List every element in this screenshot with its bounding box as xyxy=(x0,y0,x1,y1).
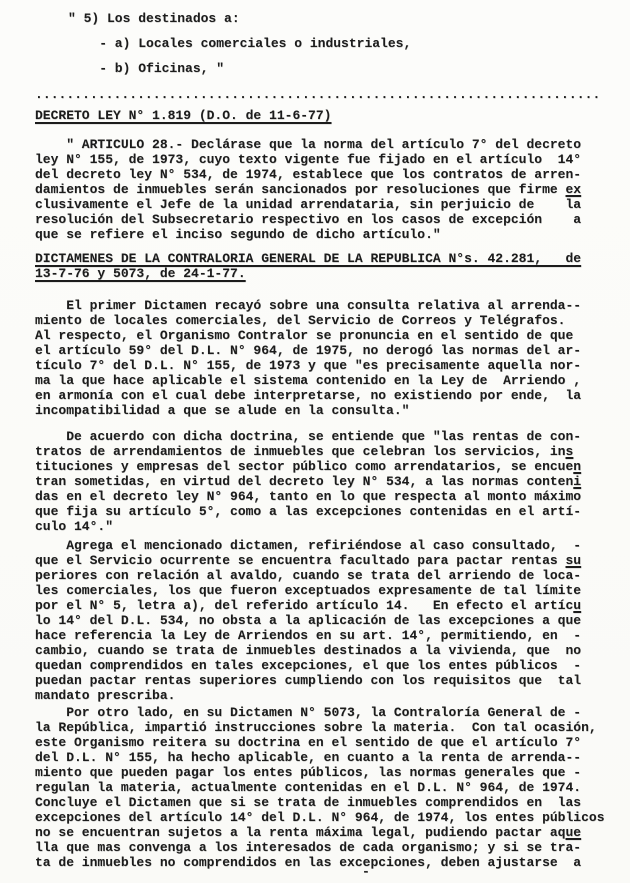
paragraph-agrega-dictamen-line: periores con relación al avaldo, cuando … xyxy=(35,568,612,583)
underlined-word-break: i xyxy=(573,474,581,489)
underlined-word-break: su xyxy=(566,553,582,568)
paragraph-articulo-28-line: del decreto ley N° 534, de 1974, estable… xyxy=(35,167,612,182)
paragraph-articulo-28-line: que se refiere el inciso segundo de dich… xyxy=(35,227,612,242)
paragraph-por-otro-lado-line: la República, impartió instrucciones sob… xyxy=(35,720,612,735)
paragraph-agrega-dictamen-line: lo 14° del D.L. 534, no obsta a la aplic… xyxy=(35,613,612,628)
dotted-separator: ........................................… xyxy=(35,87,612,102)
paragraph-por-otro-lado-line: Concluye el Dictamen que si se trata de … xyxy=(35,795,612,810)
paragraph-primer-dictamen-line: tículo 7° del D.L. N° 155, de 1973 y que… xyxy=(35,358,612,373)
paragraph-de-acuerdo: De acuerdo con dicha doctrina, se entien… xyxy=(35,429,612,534)
paragraph-primer-dictamen-line: ma la que hace aplicable el sistema cont… xyxy=(35,373,612,388)
page-footer-mark: - xyxy=(362,864,370,879)
paragraph-articulo-28-line: clusivamente el Jefe de la unidad arrend… xyxy=(35,197,612,212)
underlined-word-break: ue xyxy=(566,825,582,840)
paragraph-articulo-28-line: resolución del Subsecretario respectivo … xyxy=(35,212,612,227)
paragraph-por-otro-lado-line: del D.L. N° 155, ha hecho aplicable, en … xyxy=(35,750,612,765)
paragraph-articulo-28-line: ley N° 155, de 1973, cuyo texto vigente … xyxy=(35,152,612,167)
underlined-word-break: u xyxy=(573,598,581,613)
quoted-list-line: " 5) Los destinados a: xyxy=(68,6,612,31)
heading-dictamenes-line: DICTAMENES DE LA CONTRALORIA GENERAL DE … xyxy=(35,251,612,266)
paragraph-agrega-dictamen: Agrega el mencionado dictamen, refiriénd… xyxy=(35,538,612,703)
paragraph-por-otro-lado-line: no se encuentran sujetos a la renta máxi… xyxy=(35,825,612,840)
paragraph-agrega-dictamen-line: hace referencia la Ley de Arriendos en s… xyxy=(35,628,612,643)
paragraph-por-otro-lado-line: regulan la materia, actualmente contenid… xyxy=(35,780,612,795)
paragraph-de-acuerdo-line: De acuerdo con dicha doctrina, se entien… xyxy=(35,429,612,444)
paragraph-agrega-dictamen-line: por el N° 5, letra a), del referido artí… xyxy=(35,598,612,613)
paragraph-agrega-dictamen-line: Agrega el mencionado dictamen, refiriénd… xyxy=(35,538,612,553)
paragraph-agrega-dictamen-line: puedan pactar rentas superiores cumplien… xyxy=(35,673,612,688)
paragraph-por-otro-lado-line: lla que mas convenga a los interesados d… xyxy=(35,840,612,855)
paragraph-agrega-dictamen-line: les comerciales, los que fueron exceptua… xyxy=(35,583,612,598)
paragraph-primer-dictamen-line: el artículo 59° del D.L. N° 964, de 1975… xyxy=(35,343,612,358)
paragraph-primer-dictamen-line: miento de locales comerciales, del Servi… xyxy=(35,313,612,328)
paragraph-primer-dictamen-line: incompatibilidad a que se alude en la co… xyxy=(35,403,612,418)
paragraph-agrega-dictamen-line: quedan comprendidos en tales excepciones… xyxy=(35,658,612,673)
paragraph-de-acuerdo-line: tran sometidas, en virtud del decreto le… xyxy=(35,474,612,489)
paragraph-por-otro-lado-line: Por otro lado, en su Dictamen N° 5073, l… xyxy=(35,705,612,720)
quoted-list: " 5) Los destinados a: - a) Locales come… xyxy=(68,6,612,81)
scanned-document-page: " 5) Los destinados a: - a) Locales come… xyxy=(0,0,630,883)
paragraph-primer-dictamen-line: El primer Dictamen recayó sobre una cons… xyxy=(35,298,612,313)
quoted-list-line: - b) Oficinas, " xyxy=(68,56,612,81)
document-content: " 5) Los destinados a: - a) Locales come… xyxy=(35,6,612,870)
paragraph-agrega-dictamen-line: que el Servicio ocurrente se encuentra f… xyxy=(35,553,612,568)
paragraph-primer-dictamen-line: en armonía con el cual debe interpretars… xyxy=(35,388,612,403)
paragraph-agrega-dictamen-line: cambio, cuando se trata de inmuebles des… xyxy=(35,643,612,658)
paragraph-articulo-28: " ARTICULO 28.- Declárase que la norma d… xyxy=(35,137,612,242)
underlined-word-break: s xyxy=(566,444,574,459)
paragraph-por-otro-lado-line: miento que pueden pagar los entes públic… xyxy=(35,765,612,780)
paragraph-primer-dictamen-line: Al respecto, el Organismo Contralor se p… xyxy=(35,328,612,343)
paragraph-por-otro-lado-line: este Organismo reitera su doctrina en el… xyxy=(35,735,612,750)
paragraph-por-otro-lado-line: ta de inmuebles no comprendidos en las e… xyxy=(35,855,612,870)
heading-decreto-ley: DECRETO LEY N° 1.819 (D.O. de 11-6-77) xyxy=(35,108,612,123)
paragraph-de-acuerdo-line: culo 14°." xyxy=(35,519,612,534)
paragraph-por-otro-lado-line: excepciones del artículo 14° del D.L. N°… xyxy=(35,810,612,825)
paragraph-articulo-28-line: damientos de inmuebles serán sancionados… xyxy=(35,182,612,197)
paragraph-por-otro-lado: Por otro lado, en su Dictamen N° 5073, l… xyxy=(35,705,612,870)
heading-dictamenes-line: 13-7-76 y 5073, de 24-1-77. xyxy=(35,266,612,281)
underlined-word-break: ex xyxy=(566,182,582,197)
paragraph-articulo-28-line: " ARTICULO 28.- Declárase que la norma d… xyxy=(35,137,612,152)
paragraph-de-acuerdo-line: que fija su artículo 5°, como a las exce… xyxy=(35,504,612,519)
paragraph-primer-dictamen: El primer Dictamen recayó sobre una cons… xyxy=(35,298,612,418)
heading-decreto-ley-line: DECRETO LEY N° 1.819 (D.O. de 11-6-77) xyxy=(35,108,612,123)
paragraph-de-acuerdo-line: das en el decreto ley N° 964, tanto en l… xyxy=(35,489,612,504)
heading-dictamenes: DICTAMENES DE LA CONTRALORIA GENERAL DE … xyxy=(35,251,612,281)
paragraph-agrega-dictamen-line: mandato prescriba. xyxy=(35,688,612,703)
quoted-list-line: - a) Locales comerciales o industriales, xyxy=(68,31,612,56)
underlined-word-break: n xyxy=(573,459,581,474)
paragraph-de-acuerdo-line: tituciones y empresas del sector público… xyxy=(35,459,612,474)
paragraph-de-acuerdo-line: tratos de arrendamientos de inmuebles qu… xyxy=(35,444,612,459)
